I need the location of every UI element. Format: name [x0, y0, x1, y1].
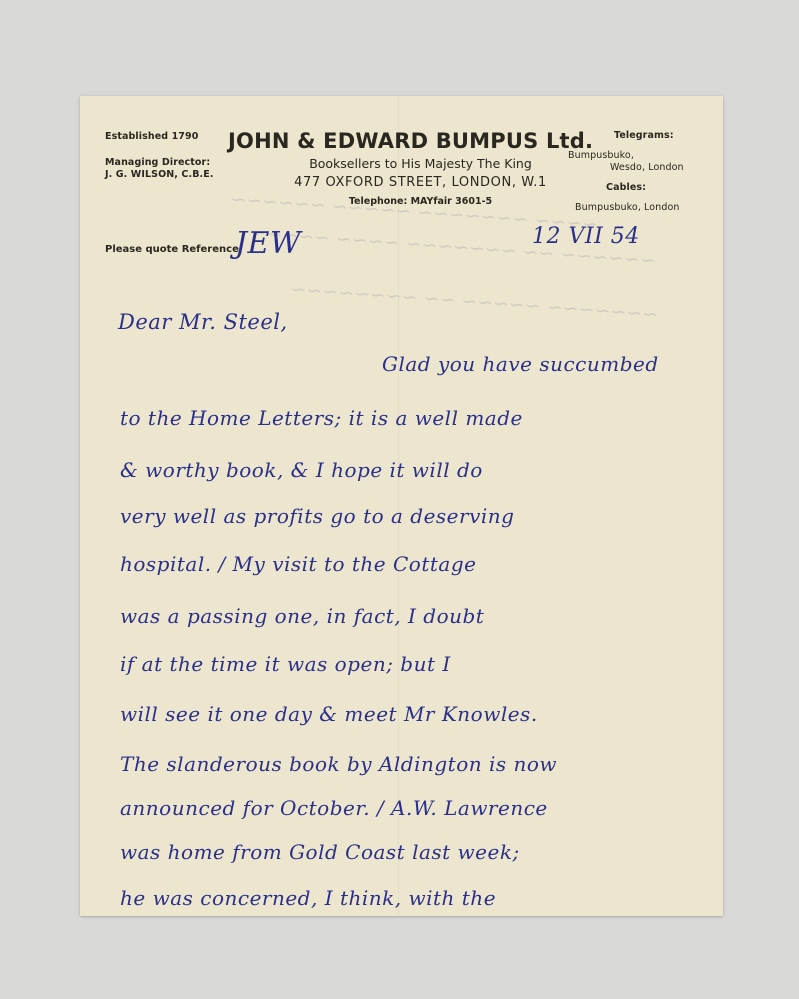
- letter-line: Glad you have succumbed: [382, 352, 659, 376]
- handwritten-reference: JEW: [235, 226, 301, 261]
- reference-label: Please quote Reference: [105, 244, 239, 255]
- letter-line: very well as profits go to a deserving: [120, 504, 514, 528]
- salutation: Dear Mr. Steel,: [118, 310, 288, 334]
- handwritten-date: 12 VII 54: [532, 224, 640, 249]
- telegrams-line-2: Wesdo, London: [610, 162, 684, 173]
- cables-line-1: Bumpusbuko, London: [575, 202, 679, 213]
- letter-line: will see it one day & meet Mr Knowles.: [120, 702, 538, 726]
- letter-line: was a passing one, in fact, I doubt: [120, 604, 484, 628]
- letter-line: & worthy book, & I hope it will do: [120, 458, 483, 482]
- letter-page: ~~~~ ~~~~~~~ ~~~~~ ~~~~~~ ~~~~~~ ~~ ~~~~…: [80, 96, 723, 916]
- letter-line: hospital. / My visit to the Cottage: [120, 552, 476, 576]
- letter-line: to the Home Letters; it is a well made: [120, 406, 523, 430]
- telegrams-line-1: Bumpusbuko,: [568, 150, 634, 161]
- letter-line: was home from Gold Coast last week;: [120, 840, 520, 864]
- telegrams-label: Telegrams:: [614, 130, 674, 141]
- letter-line: if at the time it was open; but I: [120, 652, 451, 676]
- letter-line: announced for October. / A.W. Lawrence: [120, 796, 548, 820]
- company-name: JOHN & EDWARD BUMPUS Ltd.: [228, 129, 593, 153]
- letter-line: The slanderous book by Aldington is now: [120, 752, 557, 776]
- reverse-show-through: ~~~~~~~ ~~~~~ ~~ ~~~~~~~~: [290, 278, 659, 326]
- established-text: Established 1790: [105, 131, 198, 142]
- cables-label: Cables:: [606, 182, 646, 193]
- letter-line: he was concerned, I think, with the: [120, 886, 496, 910]
